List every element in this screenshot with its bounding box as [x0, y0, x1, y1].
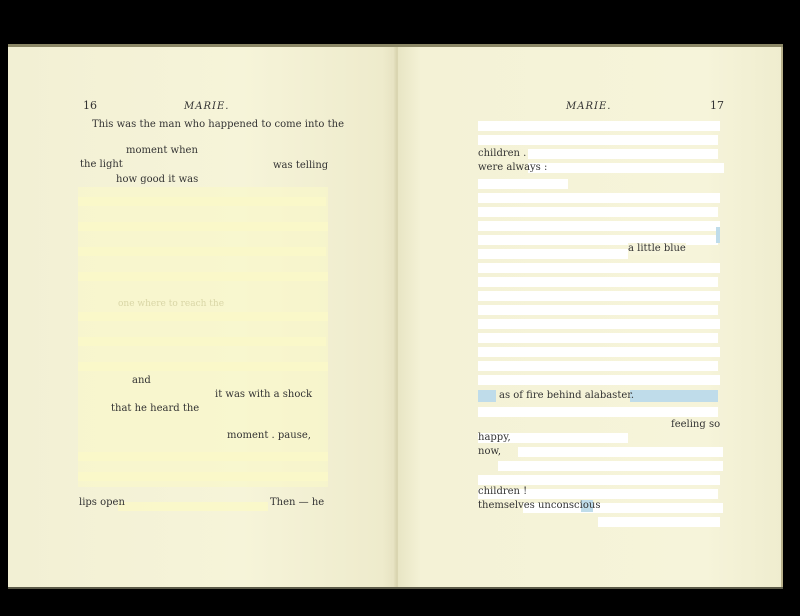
text-line: feeling so [671, 419, 720, 431]
whiteout-strip [478, 221, 720, 231]
text-line: was telling [273, 160, 328, 172]
whiteout-strip [528, 149, 718, 159]
running-title-left: MARIE. [184, 101, 229, 112]
whiteout-strip [478, 135, 718, 145]
text-line: were always : [478, 162, 547, 174]
text-line: moment when [126, 145, 198, 157]
highlight-strip [118, 502, 268, 511]
highlight-strip [78, 272, 328, 281]
highlight-strip [78, 337, 326, 346]
text-line: This was the man who happened to come in… [92, 119, 344, 131]
highlight-strip [78, 452, 328, 461]
whiteout-strip [478, 179, 568, 189]
text-line: and [132, 375, 151, 387]
highlight-strip [78, 362, 328, 371]
highlight-strip [78, 197, 326, 206]
highlight-strip [78, 472, 328, 481]
text-line: children . [478, 148, 526, 160]
whiteout-strip [478, 207, 718, 217]
book-spread: 16 MARIE. one where to reach the This wa… [8, 44, 783, 589]
whiteout-strip [478, 277, 718, 287]
text-line: a little blue [628, 243, 686, 255]
highlight-strip [78, 312, 328, 321]
text-line: it was with a shock [215, 389, 312, 401]
text-line: as of fire behind alabaster. [499, 390, 634, 402]
blue-mark [630, 390, 718, 402]
whiteout-strip [498, 461, 723, 471]
page-number-left: 16 [83, 99, 97, 112]
whiteout-strip [478, 361, 718, 371]
page-number-right: 17 [710, 99, 724, 112]
blue-mark [716, 227, 720, 243]
text-line: moment . pause, [227, 430, 311, 442]
right-page: MARIE. 17 children . [398, 47, 783, 587]
whiteout-strip [478, 249, 628, 259]
whiteout-strip [598, 517, 720, 527]
whiteout-strip [478, 193, 720, 203]
whiteout-strip [478, 291, 720, 301]
whiteout-strip [478, 121, 720, 131]
left-page: 16 MARIE. one where to reach the This wa… [8, 47, 398, 587]
blue-mark [478, 390, 496, 402]
whiteout-strip [478, 407, 718, 417]
text-line: that he heard the [111, 403, 199, 415]
text-line: lips open [79, 497, 125, 509]
text-line: the light [80, 159, 123, 171]
whiteout-strip [478, 305, 718, 315]
highlight-strip [78, 247, 326, 256]
whiteout-strip [478, 333, 718, 343]
whiteout-strip [478, 375, 720, 385]
whiteout-strip [478, 475, 720, 485]
whiteout-strip [478, 319, 720, 329]
whiteout-strip [518, 447, 723, 457]
text-line: how good it was [116, 174, 198, 186]
text-line: children ! [478, 486, 527, 498]
whiteout-strip [478, 347, 720, 357]
text-line: Then — he [270, 497, 324, 509]
whiteout-strip [478, 263, 720, 273]
text-line: happy, [478, 432, 511, 444]
whiteout-strip [528, 163, 724, 173]
running-title-right: MARIE. [566, 101, 611, 112]
faint-text: one where to reach the [118, 299, 224, 309]
text-line: now, [478, 446, 501, 458]
text-line: themselves unconscious [478, 500, 600, 512]
highlight-strip [78, 222, 328, 231]
